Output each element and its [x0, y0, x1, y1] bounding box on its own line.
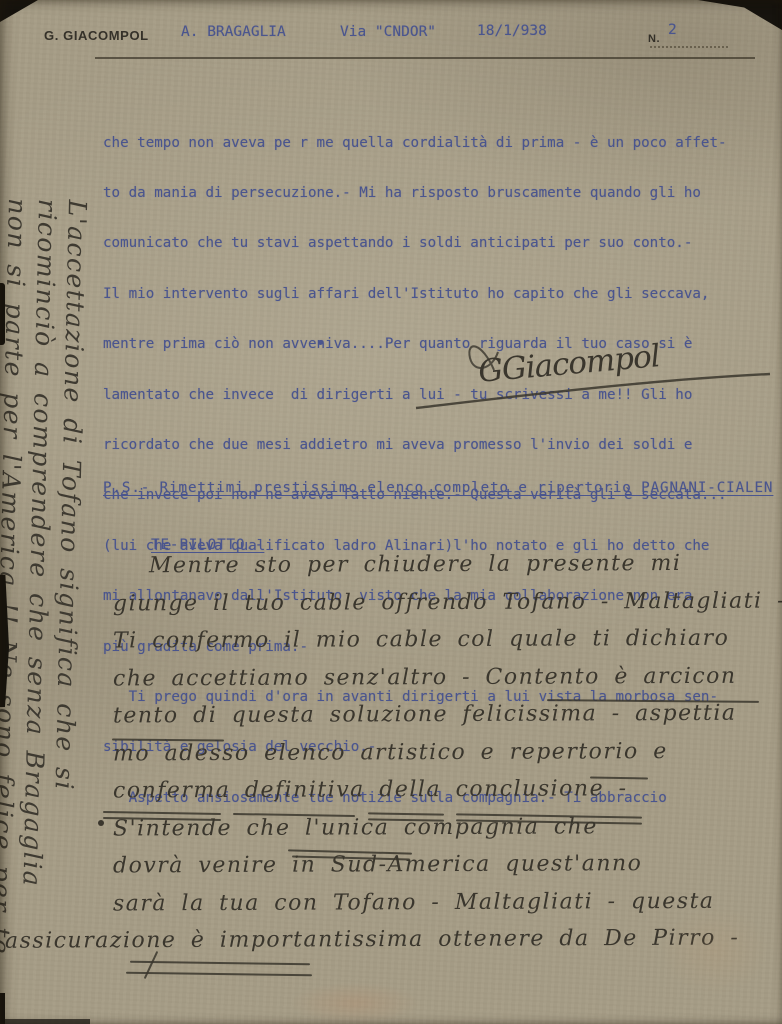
ink-dot [318, 340, 323, 345]
handwritten-line: tento di questa soluzione felicissima - … [113, 701, 782, 741]
handwritten-line: giunge il tuo cable offrendo Tofano - Ma… [113, 588, 782, 628]
header-recipient: A. BRAGAGLIA [181, 24, 286, 40]
header-rule [95, 57, 755, 59]
handwritten-line: dovrà venire in Sud-America quest'anno [113, 851, 782, 891]
handwritten-line: mo adesso elenco artistico e repertorio … [113, 738, 782, 778]
typed-line: comunicato che tu stavi aspettando i sol… [103, 235, 727, 252]
handwritten-line: assicurazione è importantissima ottenere… [5, 925, 782, 966]
handwritten-line: Ti confermo il mio cable col quale ti di… [113, 626, 782, 666]
postscript-line: P.S.- Rimettimi prestissimo elenco compl… [103, 479, 773, 498]
letter-scan: { "header": { "sender": "G. GIACOMPOL", … [0, 0, 782, 1024]
typed-line: che tempo non aveva pe r me quella cordi… [103, 135, 727, 152]
handwritten-line: Mentre sto per chiudere la presente mi [113, 551, 782, 591]
header-via: Via "CNDOR" [340, 24, 436, 40]
scan-artifact-left-edge [0, 283, 5, 345]
number-dotted-line [650, 33, 728, 48]
handwritten-line: che accettiamo senz'altro - Contento è a… [113, 663, 782, 703]
typed-line: to da mania di persecuzione.- Mi ha risp… [103, 185, 727, 202]
header-sender: G. GIACOMPOL [44, 28, 149, 43]
handwritten-line: sarà la tua con Tofano - Maltagliati - q… [113, 888, 782, 928]
ink-dot [98, 820, 104, 826]
scan-artifact-bottom-edge [0, 1019, 90, 1024]
typed-line: Il mio intervento sugli affari dell'Isti… [103, 286, 727, 303]
handwritten-note: Mentre sto per chiudere la presente mi g… [113, 552, 782, 965]
handwritten-line: conferma definitiva della conclusione - [113, 776, 782, 816]
header-date: 18/1/938 [477, 23, 547, 39]
